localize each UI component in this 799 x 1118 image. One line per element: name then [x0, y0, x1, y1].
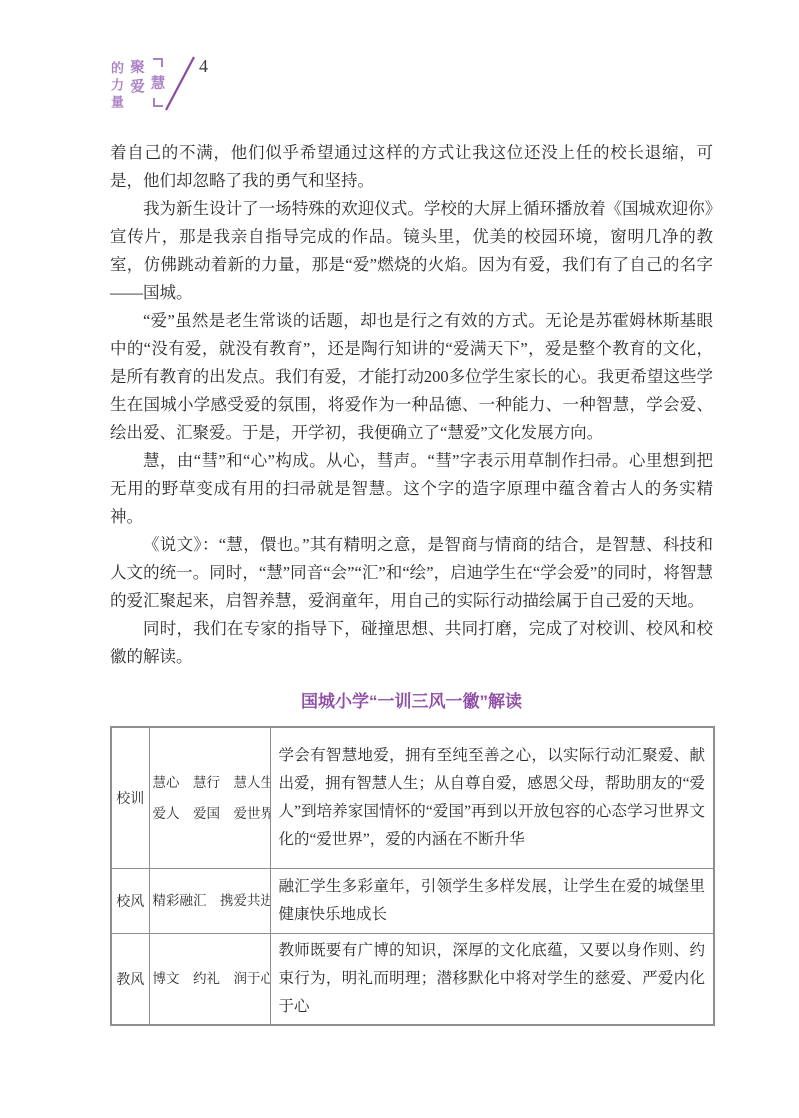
- running-head: 的力量 聚爱 慧 4: [0, 0, 799, 130]
- table-title: 国城小学“一训三风一徽”解读: [110, 687, 713, 712]
- paragraph: “爱”虽然是老生常谈的话题，却也是行之有效的方式。无论是苏霍姆林斯基眼中的“没有…: [110, 307, 713, 447]
- row-explanation: 学会有智慧地爱，拥有至纯至善之心，以实际行动汇聚爱、献出爱，拥有智慧人生；从自尊…: [270, 727, 714, 868]
- body-text-block: 着自己的不满，他们似乎希望通过这样的方式让我这位还没上任的校长退缩，可是，他们却…: [110, 139, 713, 1026]
- motto-line: 爱人 爱国 爱世界: [153, 798, 267, 829]
- paragraph: 着自己的不满，他们似乎希望通过这样的方式让我这位还没上任的校长退缩，可是，他们却…: [110, 139, 713, 195]
- book-page: 的力量 聚爱 慧 4 着自己的不满，他们似乎希望通过这样的方式让我这位还没上任的…: [0, 0, 799, 1118]
- motto-line: 博文 约礼 润于心: [153, 963, 267, 994]
- paragraph: 我为新生设计了一场特殊的欢迎仪式。学校的大屏上循环播放着《国城欢迎你》宣传片，那…: [110, 195, 713, 307]
- page-number: 4: [199, 56, 208, 77]
- row-explanation: 教师既要有广博的知识，深厚的文化底蕴，又要以身作则、约束行为，明礼而明理；潜移默…: [270, 933, 714, 1025]
- motto-line: 慧心 慧行 慧人生: [153, 767, 267, 798]
- paragraph: 《说文》：“慧，儇也。”其有精明之意，是智商与情商的结合，是智慧、科技和人文的统…: [110, 531, 713, 615]
- row-explanation: 融汇学生多彩童年，引领学生多样发展，让学生在爱的城堡里健康快乐地成长: [270, 868, 714, 933]
- table-row-school-spirit: 校风 精彩融汇 携爱共进 融汇学生多彩童年，引领学生多样发展，让学生在爱的城堡里…: [111, 868, 714, 933]
- table-row-motto: 校训 慧心 慧行 慧人生 爱人 爱国 爱世界 学会有智慧地爱，拥有至纯至善之心，…: [111, 727, 714, 868]
- row-label: 校训: [111, 727, 149, 868]
- motto-line: 精彩融汇 携爱共进: [153, 885, 267, 916]
- slash-divider-icon: [162, 53, 198, 113]
- row-motto: 博文 约礼 润于心: [149, 933, 270, 1025]
- table-row-teaching-style: 教风 博文 约礼 润于心 教师既要有广博的知识，深厚的文化底蕴，又要以身作则、约…: [111, 933, 714, 1025]
- row-motto: 慧心 慧行 慧人生 爱人 爱国 爱世界: [149, 727, 270, 868]
- paragraph: 慧，由“彗”和“心”构成。从心，彗声。“彗”字表示用草制作扫帚。心里想到把无用的…: [110, 447, 713, 531]
- paragraph: 同时，我们在专家的指导下，碰撞思想、共同打磨，完成了对校训、校风和校徽的解读。: [110, 615, 713, 671]
- interpretation-table: 校训 慧心 慧行 慧人生 爱人 爱国 爱世界 学会有智慧地爱，拥有至纯至善之心，…: [110, 726, 715, 1026]
- row-motto: 精彩融汇 携爱共进: [149, 868, 270, 933]
- header-vertical-title-mid-column: 聚爱: [126, 59, 147, 98]
- row-label: 校风: [111, 868, 149, 933]
- header-vertical-title-left-column: 的力量: [107, 61, 126, 112]
- row-label: 教风: [111, 933, 149, 1025]
